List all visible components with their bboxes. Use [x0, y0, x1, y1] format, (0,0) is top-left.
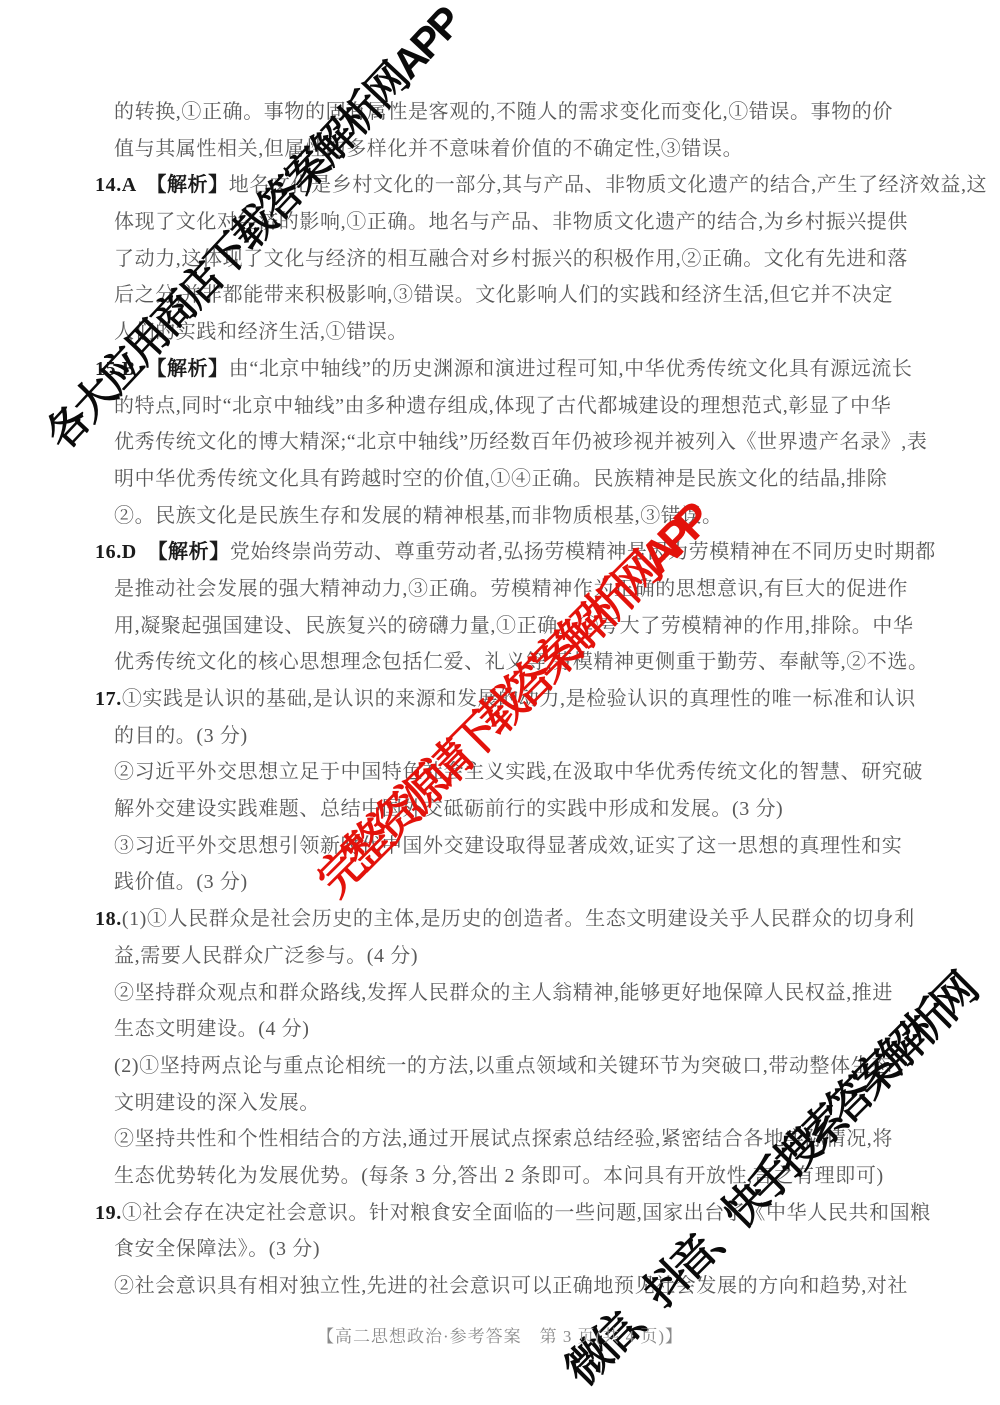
- text-line: 的转换,①正确。事物的固有属性是客观的,不随人的需求变化而变化,①错误。事物的价: [0, 94, 1000, 131]
- text-line: 后之分,并非都能带来积极影响,③错误。文化影响人们的实践和经济生活,但它并不决定: [0, 277, 1000, 314]
- line-text: 体现了文化对经济的影响,①正确。地名与产品、非物质文化遗产的结合,为乡村振兴提供: [114, 211, 908, 233]
- line-text: 生态文明建设。(4 分): [114, 1018, 310, 1040]
- text-line: 解外交建设实践难题、总结中国外交砥砺前行的实践中形成和发展。(3 分): [0, 791, 1000, 828]
- answer-sheet-page: 的转换,①正确。事物的固有属性是客观的,不随人的需求变化而变化,①错误。事物的价…: [0, 0, 1000, 1405]
- line-text: 是推动社会发展的强大精神动力,③正确。劳模精神作为正确的思想意识,有巨大的促进作: [114, 578, 908, 600]
- line-text: 用,凝聚起强国建设、民族复兴的磅礴力量,①正确。②夸大了劳模精神的作用,排除。中…: [114, 615, 914, 637]
- line-text: 的目的。(3 分): [114, 725, 248, 747]
- page-footer: 【高二思想政治·参考答案 第 3 页(共 4 页)】: [0, 1322, 1000, 1347]
- text-line: 生态优势转化为发展优势。(每条 3 分,答出 2 条即可。本问具有开放性,言之有…: [0, 1158, 1000, 1195]
- text-line: 15.B 【解析】由“北京中轴线”的历史渊源和演进过程可知,中华优秀传统文化具有…: [0, 351, 1000, 388]
- text-line: 优秀传统文化的博大精深;“北京中轴线”历经数百年仍被珍视并被列入《世界遗产名录》…: [0, 424, 1000, 461]
- text-line: ②习近平外交思想立足于中国特色社会主义实践,在汲取中华优秀传统文化的智慧、研究破: [0, 754, 1000, 791]
- text-line: 体现了文化对经济的影响,①正确。地名与产品、非物质文化遗产的结合,为乡村振兴提供: [0, 204, 1000, 241]
- item-number: 19.: [95, 1202, 122, 1224]
- line-text: 生态优势转化为发展优势。(每条 3 分,答出 2 条即可。本问具有开放性,言之有…: [114, 1165, 884, 1187]
- item-number: 18.: [95, 908, 122, 930]
- line-text: 地名文化是乡村文化的一部分,其与产品、非物质文化遗产的结合,产生了经济效益,这: [229, 174, 987, 196]
- line-text: ②习近平外交思想立足于中国特色社会主义实践,在汲取中华优秀传统文化的智慧、研究破: [114, 761, 923, 783]
- item-number: 14.A 【解析】: [95, 174, 229, 196]
- line-text: 值与其属性相关,但属性的多样化并不意味着价值的不确定性,③错误。: [114, 138, 743, 160]
- line-text: 优秀传统文化的核心思想理念包括仁爱、礼义等,劳模精神更侧重于勤劳、奉献等,②不选…: [114, 651, 929, 673]
- text-line: 14.A 【解析】地名文化是乡村文化的一部分,其与产品、非物质文化遗产的结合,产…: [0, 167, 1000, 204]
- text-line: 17.①实践是认识的基础,是认识的来源和发展的动力,是检验认识的真理性的唯一标准…: [0, 681, 1000, 718]
- text-line: 了动力,这体现了文化与经济的相互融合对乡村振兴的积极作用,②正确。文化有先进和落: [0, 241, 1000, 278]
- text-line: 19.①社会存在决定社会意识。针对粮食安全面临的一些问题,国家出台了《中华人民共…: [0, 1195, 1000, 1232]
- text-line: ③习近平外交思想引领新时代中国外交建设取得显著成效,证实了这一思想的真理性和实: [0, 828, 1000, 865]
- text-line: ②坚持共性和个性相结合的方法,通过开展试点探索总结经验,紧密结合各地实际情况,将: [0, 1121, 1000, 1158]
- line-text: ②社会意识具有相对独立性,先进的社会意识可以正确地预见社会发展的方向和趋势,对社: [114, 1275, 908, 1297]
- line-text: 解外交建设实践难题、总结中国外交砥砺前行的实践中形成和发展。(3 分): [114, 798, 783, 820]
- line-text: ①社会存在决定社会意识。针对粮食安全面临的一些问题,国家出台了《中华人民共和国粮: [122, 1202, 931, 1224]
- text-line: 文明建设的深入发展。: [0, 1085, 1000, 1122]
- text-line: 益,需要人民群众广泛参与。(4 分): [0, 938, 1000, 975]
- line-text: 的特点,同时“北京中轴线”由多种遗存组成,体现了古代都城建设的理想范式,彰显了中…: [114, 395, 891, 417]
- text-line: 值与其属性相关,但属性的多样化并不意味着价值的不确定性,③错误。: [0, 131, 1000, 168]
- text-line: (2)①坚持两点论与重点论相统一的方法,以重点领域和关键环节为突破口,带动整体生…: [0, 1048, 1000, 1085]
- line-text: 食安全保障法》。(3 分): [114, 1238, 320, 1260]
- text-line: ②。民族文化是民族生存和发展的精神根基,而非物质根基,③错误。: [0, 498, 1000, 535]
- line-text: ②坚持群众观点和群众路线,发挥人民群众的主人翁精神,能够更好地保障人民权益,推进: [114, 982, 893, 1004]
- line-text: 的转换,①正确。事物的固有属性是客观的,不随人的需求变化而变化,①错误。事物的价: [114, 101, 893, 123]
- text-line: 明中华优秀传统文化具有跨越时空的价值,①④正确。民族精神是民族文化的结晶,排除: [0, 461, 1000, 498]
- text-line: 的目的。(3 分): [0, 718, 1000, 755]
- item-number: 16.D 【解析】: [95, 541, 230, 563]
- line-text: 了动力,这体现了文化与经济的相互融合对乡村振兴的积极作用,②正确。文化有先进和落: [114, 248, 908, 270]
- line-text: ③习近平外交思想引领新时代中国外交建设取得显著成效,证实了这一思想的真理性和实: [114, 835, 902, 857]
- line-text: 优秀传统文化的博大精深;“北京中轴线”历经数百年仍被珍视并被列入《世界遗产名录》…: [114, 431, 928, 453]
- text-line: 生态文明建设。(4 分): [0, 1011, 1000, 1048]
- line-text: 明中华优秀传统文化具有跨越时空的价值,①④正确。民族精神是民族文化的结晶,排除: [114, 468, 887, 490]
- text-line: 优秀传统文化的核心思想理念包括仁爱、礼义等,劳模精神更侧重于勤劳、奉献等,②不选…: [0, 644, 1000, 681]
- line-text: 益,需要人民群众广泛参与。(4 分): [114, 945, 418, 967]
- answer-lines: 的转换,①正确。事物的固有属性是客观的,不随人的需求变化而变化,①错误。事物的价…: [0, 94, 1000, 1305]
- line-text: 党始终崇尚劳动、尊重劳动者,弘扬劳模精神是因为劳模精神在不同历史时期都: [230, 541, 936, 563]
- line-text: ②。民族文化是民族生存和发展的精神根基,而非物质根基,③错误。: [114, 505, 723, 527]
- line-text: (1)①人民群众是社会历史的主体,是历史的创造者。生态文明建设关乎人民群众的切身…: [122, 908, 915, 930]
- line-text: 践价值。(3 分): [114, 871, 248, 893]
- line-text: (2)①坚持两点论与重点论相统一的方法,以重点领域和关键环节为突破口,带动整体生…: [114, 1055, 892, 1077]
- text-line: 践价值。(3 分): [0, 864, 1000, 901]
- text-line: 18.(1)①人民群众是社会历史的主体,是历史的创造者。生态文明建设关乎人民群众…: [0, 901, 1000, 938]
- text-line: 人们的实践和经济生活,①错误。: [0, 314, 1000, 351]
- text-line: ②社会意识具有相对独立性,先进的社会意识可以正确地预见社会发展的方向和趋势,对社: [0, 1268, 1000, 1305]
- text-line: 16.D 【解析】党始终崇尚劳动、尊重劳动者,弘扬劳模精神是因为劳模精神在不同历…: [0, 534, 1000, 571]
- text-line: ②坚持群众观点和群众路线,发挥人民群众的主人翁精神,能够更好地保障人民权益,推进: [0, 975, 1000, 1012]
- line-text: 后之分,并非都能带来积极影响,③错误。文化影响人们的实践和经济生活,但它并不决定: [114, 284, 893, 306]
- line-text: 文明建设的深入发展。: [114, 1092, 320, 1114]
- item-number: 15.B 【解析】: [95, 358, 229, 380]
- line-text: 人们的实践和经济生活,①错误。: [114, 321, 408, 343]
- item-number: 17.: [95, 688, 122, 710]
- text-line: 食安全保障法》。(3 分): [0, 1231, 1000, 1268]
- text-line: 用,凝聚起强国建设、民族复兴的磅礴力量,①正确。②夸大了劳模精神的作用,排除。中…: [0, 608, 1000, 645]
- line-text: 由“北京中轴线”的历史渊源和演进过程可知,中华优秀传统文化具有源远流长: [229, 358, 913, 380]
- text-line: 是推动社会发展的强大精神动力,③正确。劳模精神作为正确的思想意识,有巨大的促进作: [0, 571, 1000, 608]
- text-line: 的特点,同时“北京中轴线”由多种遗存组成,体现了古代都城建设的理想范式,彰显了中…: [0, 388, 1000, 425]
- line-text: ②坚持共性和个性相结合的方法,通过开展试点探索总结经验,紧密结合各地实际情况,将: [114, 1128, 893, 1150]
- line-text: ①实践是认识的基础,是认识的来源和发展的动力,是检验认识的真理性的唯一标准和认识: [122, 688, 916, 710]
